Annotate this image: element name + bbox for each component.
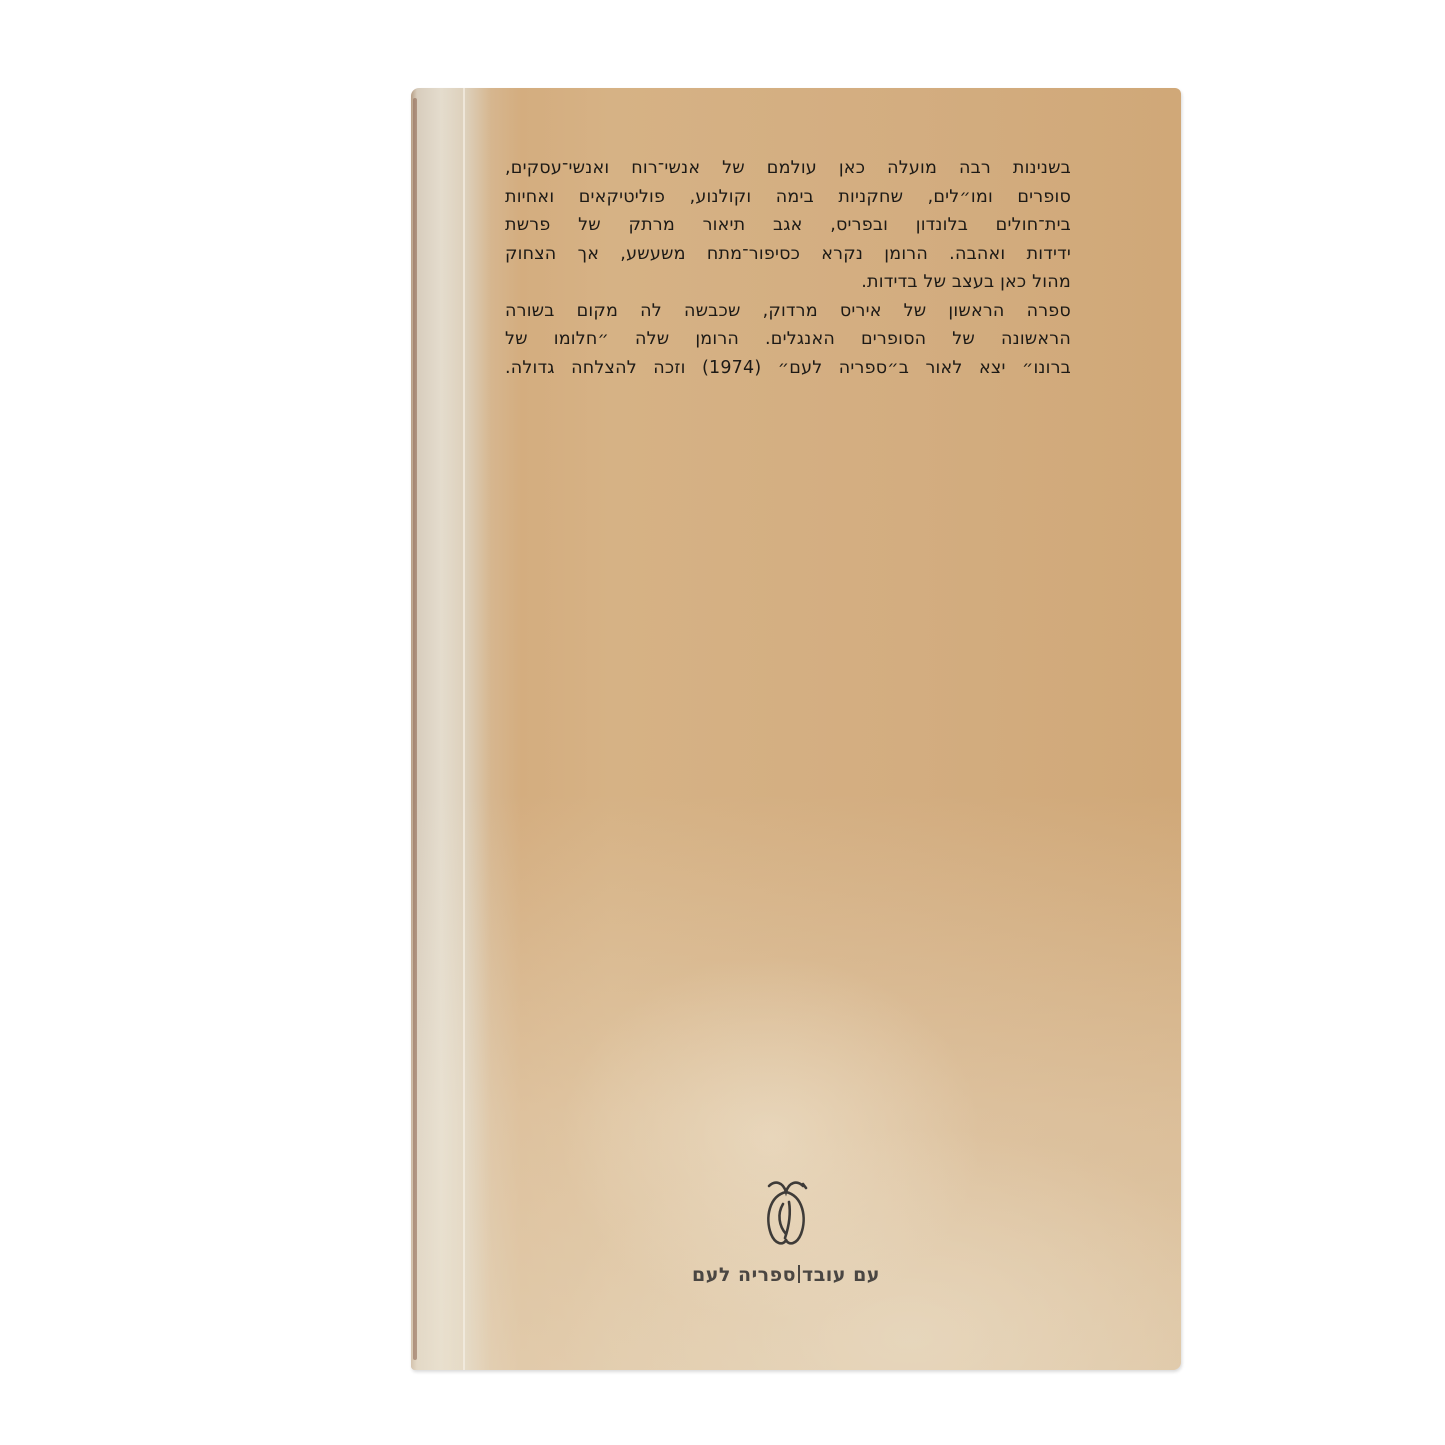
blurb-line: ספרה הראשון של איריס מרדוק, שכבשה לה מקו… xyxy=(505,297,1071,326)
blurb-line: ברונו״ יצא לאור ב״ספריה לעם״ (1974) וזכה… xyxy=(505,354,1071,383)
publisher-imprint: עם עובדספריה לעם xyxy=(651,1264,921,1286)
spine-crease xyxy=(463,88,465,1370)
blurb-line: בשנינות רבה מועלה כאן עולמם של אנשי־רוח … xyxy=(505,154,1071,183)
blurb-line: בית־חולים בלונדון ובפריס, אגב תיאור מרתק… xyxy=(505,211,1071,240)
spine-edge xyxy=(413,98,417,1360)
book-back-cover: בשנינות רבה מועלה כאן עולמם של אנשי־רוח … xyxy=(411,88,1181,1370)
blurb-paragraph-1: בשנינות רבה מועלה כאן עולמם של אנשי־רוח … xyxy=(505,154,1071,297)
blurb-line: ידידות ואהבה. הרומן נקרא כסיפור־מתח משעש… xyxy=(505,240,1071,269)
blurb-paragraph-2: ספרה הראשון של איריס מרדוק, שכבשה לה מקו… xyxy=(505,297,1071,383)
blurb-line: הראשונה של הסופרים האנגלים. הרומן שלה ״ח… xyxy=(505,325,1071,354)
am-oved-logo-icon xyxy=(761,1178,811,1250)
imprint-separator xyxy=(798,1265,800,1283)
imprint-series-name: ספריה לעם xyxy=(692,1264,796,1286)
blurb-line: מהול כאן בעצב של בדידות. xyxy=(505,268,1071,297)
blurb-line: סופרים ומו״לים, שחקניות בימה וקולנוע, פו… xyxy=(505,183,1071,212)
blurb-text: בשנינות רבה מועלה כאן עולמם של אנשי־רוח … xyxy=(505,154,1071,382)
publisher-name: עם עובד xyxy=(802,1264,880,1286)
